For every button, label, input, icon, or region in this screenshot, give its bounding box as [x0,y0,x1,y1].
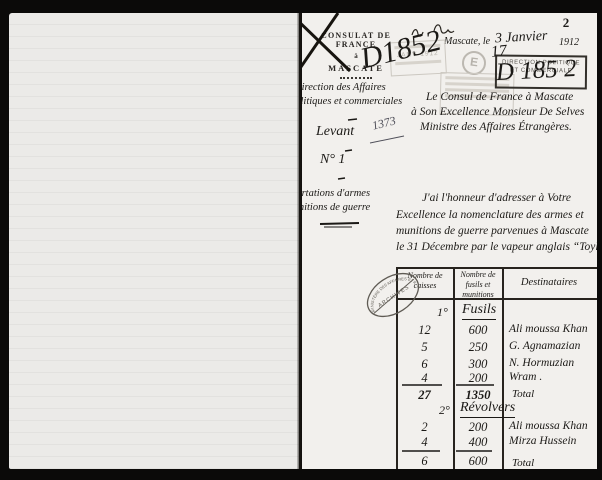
body-line2: Excellence la nomenclature des armes et [396,209,584,221]
letterhead-divider [340,77,372,79]
margin-subject-rule [320,223,359,224]
body-line1: J'ai l'honneur d'adresser à Votre [422,192,571,204]
row-destinataire: Mirza Hussein [509,435,576,447]
body-line3: munitions de guerre parvenues à Mascate [396,225,589,237]
total-caisses: 27 [396,388,453,403]
row-caisses: 5 [396,340,453,355]
row-destinataire: Wram . [509,371,542,383]
total-label: Total [512,457,534,469]
table-top-border [396,267,597,269]
section1-number: 1° [437,305,448,320]
row-quantite: 200 [454,371,502,386]
total-label: Total [512,388,534,400]
dateline-year: 1912 [559,37,579,48]
margin-pencil-ref: 1373 [371,113,398,133]
margin-dash [338,178,345,179]
margin-subject-line1: Importations d'armes [302,188,370,199]
address-line1: Le Consul de France à Mascate [426,91,573,103]
total-caisses: 6 [396,454,453,469]
margin-numero: N° 1 [320,152,345,168]
row-caisses: 4 [396,371,453,386]
table-header-fusils: Nombre de fusils et munitions [454,270,502,300]
scanned-letter-view: 2 CONSULAT DE FRANCE à MASCATE Mascate, … [0,0,602,480]
page-number: 2 [554,15,578,31]
margin-subject-line2: munitions de guerre [302,202,370,213]
row-destinataire: N. Hormuzian [509,357,574,369]
table-header-caisses: Nombre de caisses [397,271,453,291]
margin-bureau: Levant [316,124,354,140]
table-header-destinataires: Destinataires [504,277,594,288]
dateline-place: Mascate, le [444,36,490,47]
row-quantite: 250 [454,340,502,355]
body-line4: le 31 Décembre par le vapeur anglais “To… [396,241,597,253]
margin-dash [345,150,352,151]
row-destinataire: Ali moussa Khan [509,420,588,432]
row-caisses: 2 [396,420,453,435]
row-quantite: 600 [454,323,502,338]
table-column-divider-2 [502,267,504,469]
row-caisses: 6 [396,357,453,372]
row-quantite: 400 [454,435,502,450]
section2-number: 2° [439,403,450,418]
row-caisses: 12 [396,323,453,338]
letter-page: 2 CONSULAT DE FRANCE à MASCATE Mascate, … [302,13,597,469]
blank-left-page [9,13,299,469]
section2-title: Révolvers [460,400,515,418]
pencil-ref-underline [370,136,404,143]
address-line2: à Son Excellence Monsieur De Selves [411,106,584,118]
margin-service-line2: politiques et commerciales [302,96,402,107]
address-line3: Ministre des Affaires Étrangères. [420,121,572,133]
row-quantite: 300 [454,357,502,372]
margin-service-line1: Direction des Affaires [302,82,386,93]
total-quantite: 600 [454,454,502,469]
row-destinataire: Ali moussa Khan [509,323,588,335]
row-caisses: 4 [396,435,453,450]
section1-title: Fusils [462,302,496,320]
overwritten-number: 17 [490,42,508,62]
row-destinataire: G. Agnamazian [509,340,580,352]
row-quantite: 200 [454,420,502,435]
margin-dash [348,119,357,120]
